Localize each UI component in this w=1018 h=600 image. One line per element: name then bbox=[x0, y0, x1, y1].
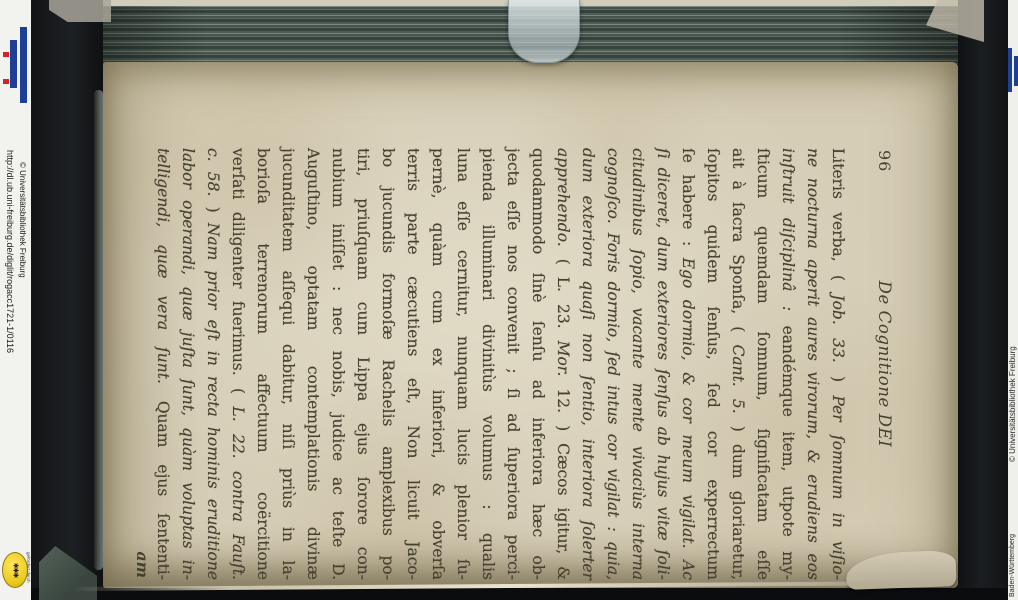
text-line: ait à ſacra Sponſa, ( Cant. 5. ) dum glo… bbox=[725, 148, 750, 580]
text-line: labor operandi, quæ juſta ſunt, quàm vol… bbox=[175, 148, 200, 580]
scan-url-text: http://dl.ub.uni-freiburg.de/diglit/roga… bbox=[5, 150, 15, 353]
text-line: ſopitos quidem ſenſus, ſed cor experrect… bbox=[700, 148, 725, 580]
text-line: pienda illuminari divinitùs volumus : qu… bbox=[475, 148, 500, 580]
digitized-book-scan: http://dl.ub.uni-freiburg.de/diglit/roga… bbox=[0, 0, 1018, 600]
region-text: Baden-Württemberg bbox=[1009, 534, 1016, 597]
running-title: De Cognitione DEI bbox=[875, 148, 894, 580]
funding-badge-icon: ✱✱✱ bbox=[2, 552, 28, 588]
page-number: 96 bbox=[875, 150, 894, 172]
text-line: apprehendo. ( L. 23. Mor. 12. ) Cæcos ig… bbox=[550, 148, 575, 580]
copyright-text-left: © Universitätsbibliothek Freiburg bbox=[18, 162, 27, 278]
book-page: 96 De Cognitione DEI Literis verba, ( Jo… bbox=[103, 62, 958, 588]
text-line: nubium iniſſet : nec nobis, judice ac te… bbox=[325, 148, 350, 580]
text-line: bo jucundis formoſæ Rachelis amplexibus … bbox=[375, 148, 400, 580]
text-line: verſati diligenter fuerimus. ( L. 22. co… bbox=[225, 148, 250, 580]
ub-freiburg-logo-icon bbox=[2, 24, 29, 106]
text-line: terris parte cæcutiens eſt, Non licuit J… bbox=[400, 148, 425, 580]
text-line: ſi diceret, dum exteriores ſenſus ab huj… bbox=[650, 148, 675, 580]
book-photo: 96 De Cognitione DEI Literis verba, ( Jo… bbox=[31, 0, 1008, 600]
text-line: ſticum quemdam ſomnum, ſignificatam eſſe bbox=[750, 148, 775, 580]
text-line: ne nocturna aperit aures virorum, & erud… bbox=[800, 148, 825, 580]
book-cover-right bbox=[958, 0, 1008, 600]
text-line: c. 58. ) Nam prior eſt in recta hominis … bbox=[200, 148, 225, 580]
page-header: 96 De Cognitione DEI bbox=[870, 148, 894, 580]
copyright-text-right: © Universitätsbibliothek Freiburg bbox=[1008, 346, 1017, 462]
text-line: quodammodo ſinè ſenſu ad inferiora hæc o… bbox=[525, 148, 550, 580]
text-line: jecta eſſe nos convenit ; ſi ad ſuperior… bbox=[500, 148, 525, 580]
page-holder-clip bbox=[508, 0, 580, 63]
text-line: inſtruit diſciplinâ : eandémque item, ut… bbox=[775, 148, 800, 580]
text-line: Literis verba, ( Job. 33. ) Per ſomnum i… bbox=[825, 148, 850, 580]
text-line: borioſa terrenorum affectuum coërcitione bbox=[250, 148, 275, 580]
text-line: pernè, quàm cum ex inferiori, & obverſa bbox=[425, 148, 450, 580]
text-line: cognoſco. Foris dormio, ſed intus cor vi… bbox=[600, 148, 625, 580]
ub-freiburg-logo-partial-icon bbox=[1008, 48, 1018, 92]
scan-left-margin: http://dl.ub.uni-freiburg.de/diglit/roga… bbox=[0, 0, 31, 600]
text-line: citudinibus ſopio, vacante mente vivaciù… bbox=[625, 148, 650, 580]
text-line: Auguſtino, optatam contemplationis divin… bbox=[300, 148, 325, 580]
text-line: tiri, priuſquam cum Lippa ejus ſorore co… bbox=[350, 148, 375, 580]
text-line: luna eſſe cernitur, nunquam lucis plenio… bbox=[450, 148, 475, 580]
catchword: am bbox=[133, 148, 152, 578]
page-content-rotated: 96 De Cognitione DEI Literis verba, ( Jo… bbox=[103, 62, 958, 588]
text-line: jucunditatem aſſequi dabitur, niſi priùs… bbox=[275, 148, 300, 580]
text-line: dum exteriora quaſi non ſentio, interior… bbox=[575, 148, 600, 580]
text-block: Literis verba, ( Job. 33. ) Per ſomnum i… bbox=[150, 148, 850, 580]
text-line: ſe habere : Ego dormio, & cor meum vigil… bbox=[675, 148, 700, 580]
book-cover-left bbox=[31, 0, 103, 600]
page-edge-sliver bbox=[94, 90, 103, 570]
funding-caption: gefördert durch bbox=[26, 552, 31, 583]
text-line: telligendi, quæ vera ſunt. Quam ejus ſen… bbox=[150, 148, 175, 580]
scan-right-margin: © Universitätsbibliothek Freiburg Baden-… bbox=[1008, 0, 1018, 600]
